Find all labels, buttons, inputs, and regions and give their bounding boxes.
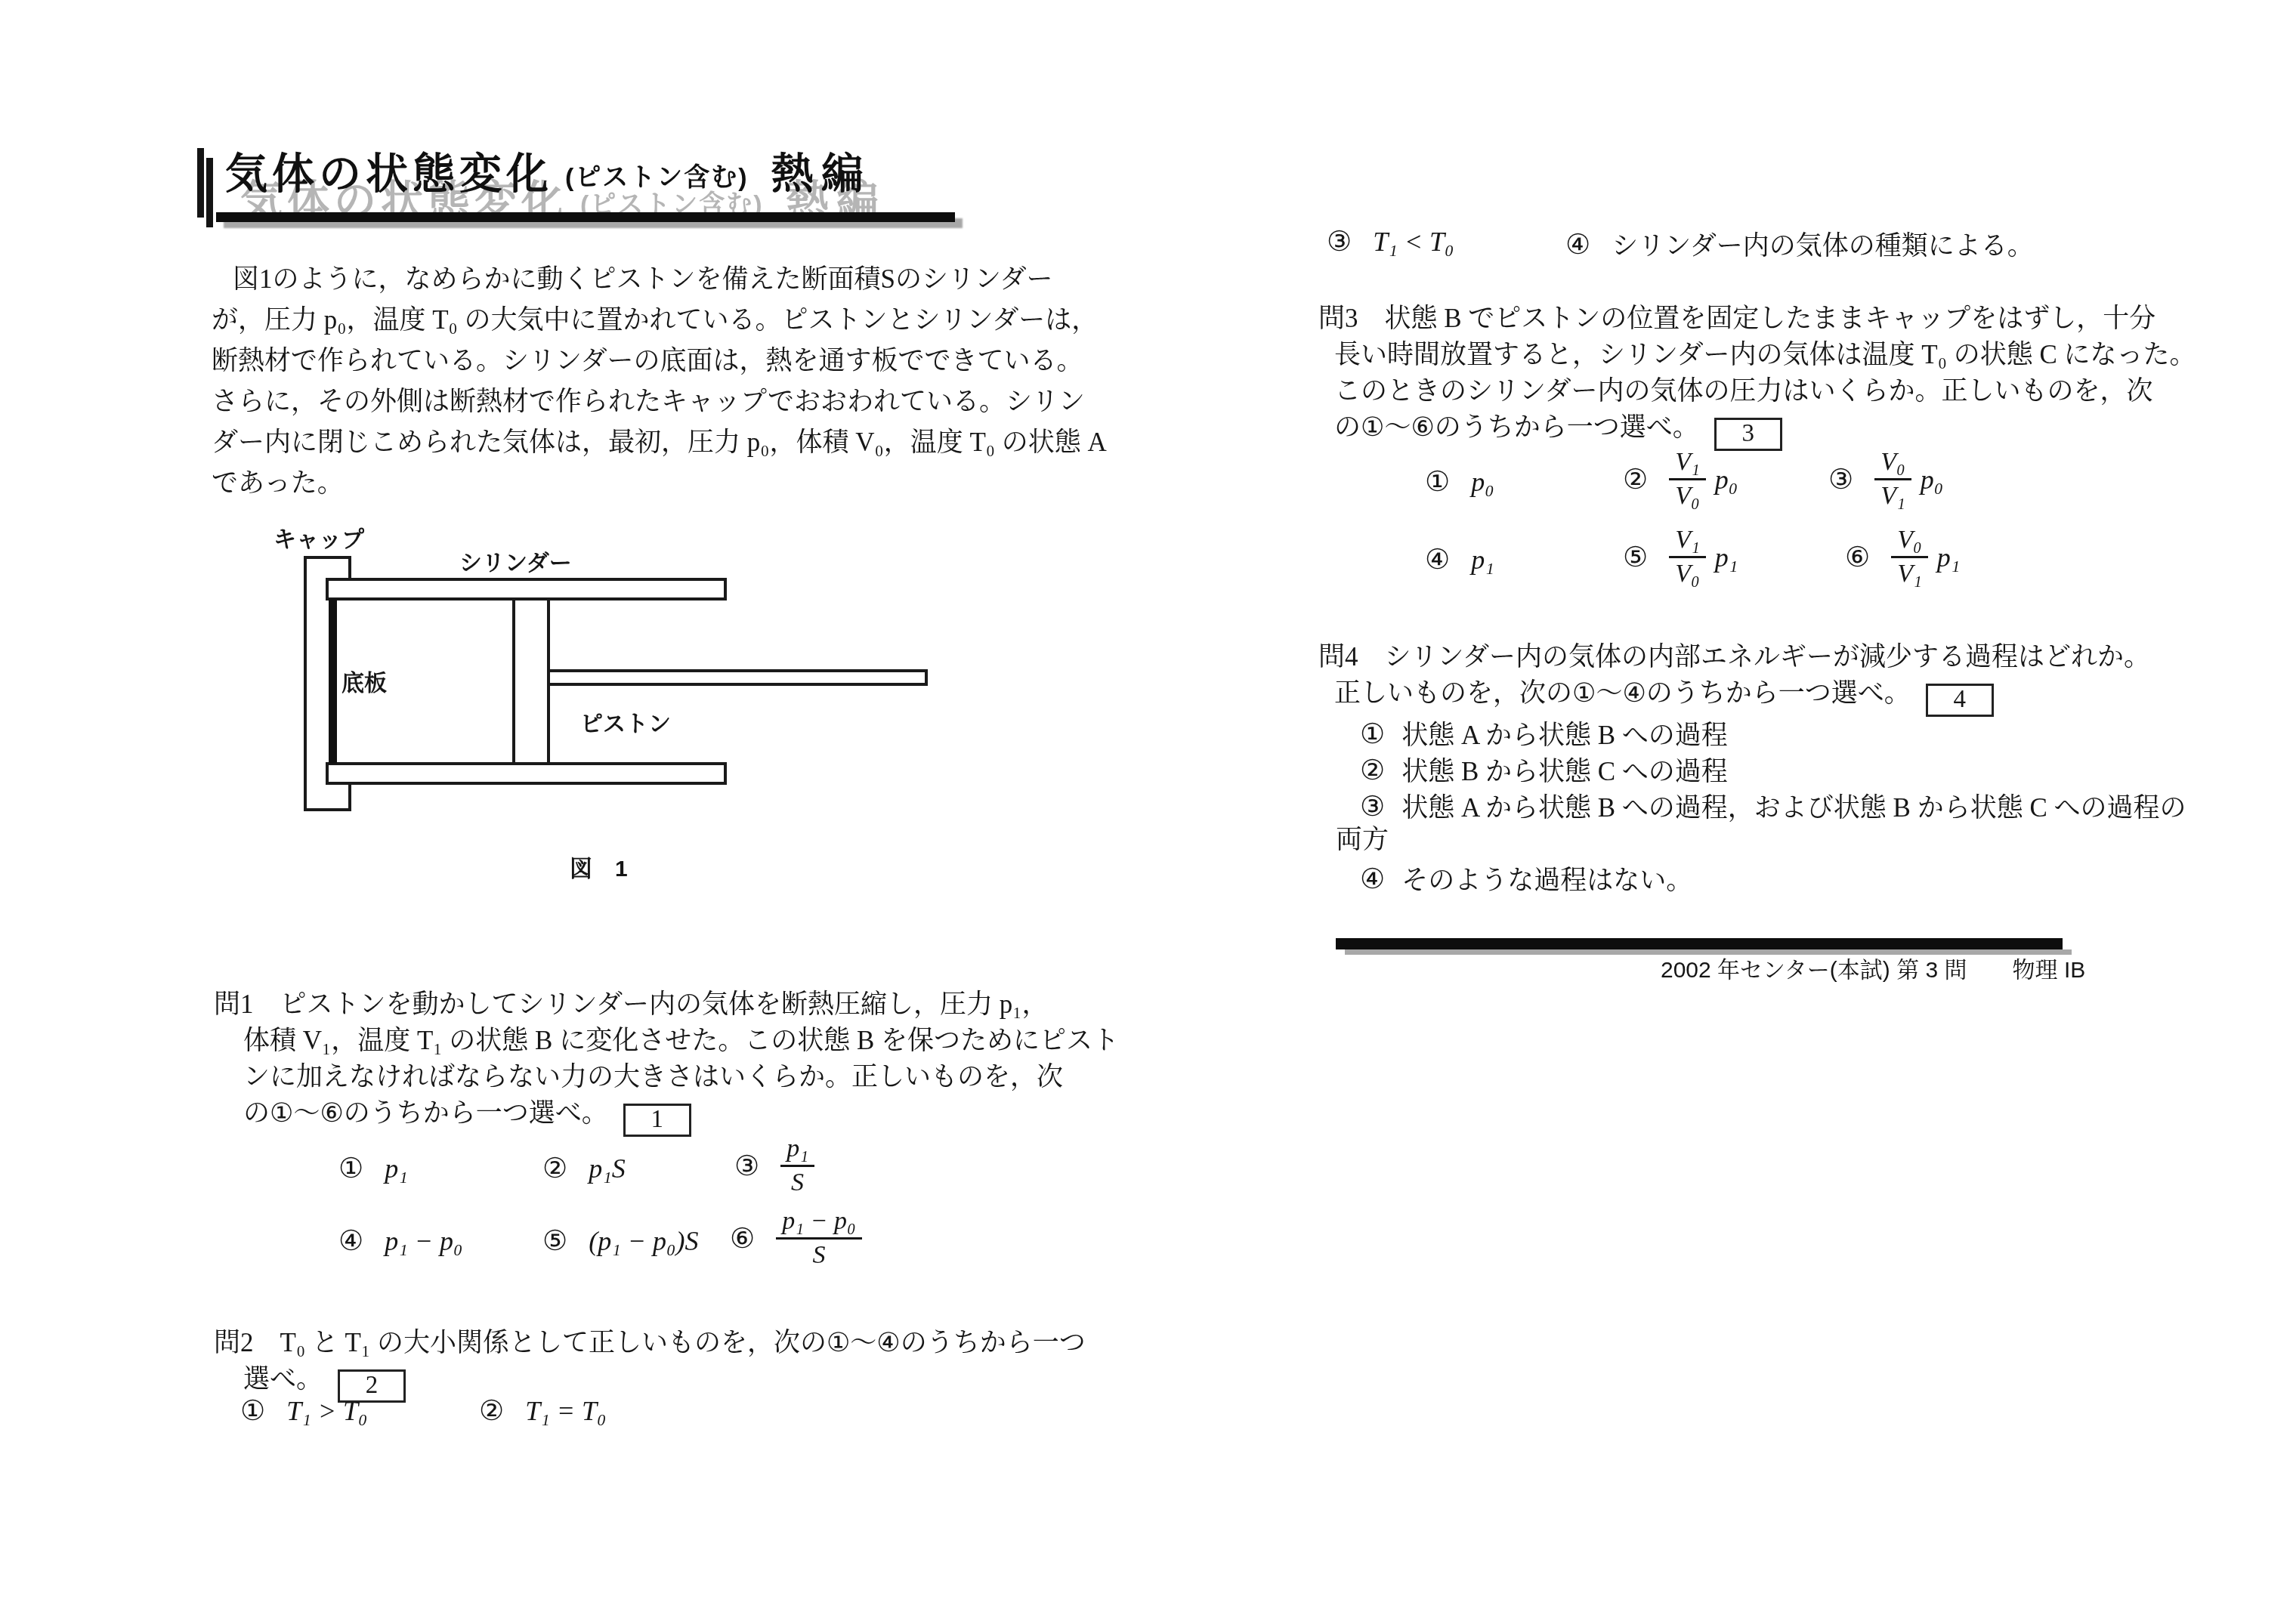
q4-line-1: 問4 シリンダー内の気体の内部エネルギーが減少する過程はどれか。 <box>1334 639 2241 675</box>
question-4: 問4 シリンダー内の気体の内部エネルギーが減少する過程はどれか。 正しいものを，… <box>1334 639 2241 717</box>
option-value: T₁ < T₀ <box>1373 226 1454 258</box>
intro-line: ダー内に閉じこめられた気体は，最初，圧力 p₀，体積 V₀，温度 T₀ の状態 … <box>212 422 1103 463</box>
intro-line: が，圧力 p₀，温度 T₀ の大気中に置かれている。ピストンとシリンダーは， <box>212 300 1103 341</box>
q4-line-2: 正しいものを，次の①～④のうちから一つ選べ。4 <box>1334 675 2241 717</box>
option-number: ② <box>479 1394 504 1427</box>
option-number: ④ <box>1565 228 1590 261</box>
q3-line-1: 問3 状態 B でピストンの位置を固定したままキャップをはずし，十分 <box>1334 301 2241 337</box>
option-number: ① <box>1360 718 1385 750</box>
q2-option-4: ④ シリンダー内の気体の種類による。 <box>1565 225 2034 263</box>
intro-line: さらに，その外側は断熱材で作られたキャップでおおわれている。シリン <box>212 381 1103 422</box>
bottom-plate <box>329 599 337 764</box>
option-number: ① <box>338 1152 363 1184</box>
fraction: p₁S <box>780 1135 814 1197</box>
q1-option-3: ③ p₁S <box>734 1135 814 1197</box>
option-value: p₁ − p₀ <box>385 1225 462 1257</box>
q2-line-1: 問2 T₀ と T₁ の大小関係として正しいものを，次の①～④のうちから一つ <box>243 1325 1135 1361</box>
option-text: 状態 A から状態 B への過程，および状態 B から状態 C への過程の <box>1401 787 2186 825</box>
title-accent-bar-1 <box>197 148 204 218</box>
q1-option-1: ① p₁ <box>338 1152 408 1184</box>
option-number: ① <box>240 1394 265 1427</box>
option-text: 状態 B から状態 C への過程 <box>1401 751 1728 789</box>
option-number: ⑥ <box>1845 541 1870 573</box>
question-3: 問3 状態 B でピストンの位置を固定したままキャップをはずし，十分 長い時間放… <box>1334 301 2241 451</box>
q2-option-3: ③ T₁ < T₀ <box>1327 225 1454 258</box>
intro-line: 図1のように，なめらかに動くピストンを備えた断面積Sのシリンダー <box>212 259 1103 300</box>
answer-box-3: 3 <box>1714 418 1782 451</box>
q1-option-2: ② p₁S <box>542 1152 626 1184</box>
q3-line-3: このときのシリンダー内の気体の圧力はいくらか。正しいものを，次 <box>1334 373 2241 409</box>
q3-option-1: ① p₀ <box>1425 465 1494 498</box>
fraction: p₁ − p₀S <box>776 1207 862 1270</box>
q2-line-2: 選べ。2 <box>243 1361 1135 1403</box>
intro-line: 断熱材で作られている。シリンダーの底面は，熱を通す板でできている。 <box>212 341 1103 381</box>
option-number: ② <box>542 1152 567 1184</box>
title-subtitle: (ピストン含む) <box>565 162 749 196</box>
option-number: ③ <box>734 1150 759 1182</box>
option-text: そのような過程はない。 <box>1401 860 1692 897</box>
q3-option-6: ⑥ V₀V₁ p₁ <box>1845 526 1960 588</box>
option-number: ⑤ <box>542 1224 567 1257</box>
label-piston: ピストン <box>580 712 671 736</box>
footer-source: 2002 年センター(本試) 第 3 問 物理 IB <box>1661 951 2085 984</box>
q1-line-2: 体積 V₁，温度 T₁ の状態 B に変化させた。この状態 B を保つためにピス… <box>243 1023 1135 1059</box>
q4-option-3-wrap: 両方 <box>1336 822 1389 858</box>
piston-rod <box>549 671 926 684</box>
page-title: 気体の状態変化 <box>225 151 553 196</box>
option-number: ② <box>1360 754 1385 786</box>
q4-option-1: ① 状態 A から状態 B への過程 <box>1360 715 1728 752</box>
option-number: ④ <box>1425 543 1450 576</box>
answer-box-4: 4 <box>1926 684 1994 717</box>
q3-option-3: ③ V₀V₁ p₀ <box>1828 448 1943 511</box>
option-number: ④ <box>1360 863 1385 895</box>
q3-option-5: ⑤ V₁V₀ p₁ <box>1623 526 1738 588</box>
intro-line: であった。 <box>212 463 1103 504</box>
fraction: V₀V₁ <box>1891 526 1928 588</box>
label-cap: キャップ <box>273 527 365 552</box>
q1-line-4: の①～⑥のうちから一つ選べ。1 <box>243 1095 1135 1137</box>
q4-option-2: ② 状態 B から状態 C への過程 <box>1360 751 1728 789</box>
option-value: p₁S <box>589 1153 626 1184</box>
option-number: ③ <box>1327 225 1352 258</box>
q1-option-5: ⑤ (p₁ − p₀)S <box>542 1224 698 1257</box>
label-bottom-plate: 底板 <box>341 670 387 696</box>
option-value: シリンダー内の気体の種類による。 <box>1612 225 2034 263</box>
option-number: ③ <box>1360 790 1385 823</box>
question-1: 問1 ピストンを動かしてシリンダー内の気体を断熱圧縮し，圧力 p₁， 体積 V₁… <box>243 986 1135 1137</box>
option-value: (p₁ − p₀)S <box>589 1225 698 1257</box>
q3-option-2: ② V₁V₀ p₀ <box>1623 448 1738 511</box>
fraction-coefficient: p₀ <box>1921 464 1944 496</box>
title-volume-label: 熱編 <box>771 151 871 196</box>
title-accent-bar-2 <box>206 158 213 227</box>
q1-option-4: ④ p₁ − p₀ <box>338 1224 463 1257</box>
question-2: 問2 T₀ と T₁ の大小関係として正しいものを，次の①～④のうちから一つ 選… <box>243 1325 1135 1403</box>
option-number: ⑥ <box>730 1222 755 1255</box>
footer-rule <box>1336 938 2063 949</box>
option-number: ③ <box>1828 463 1853 496</box>
q4-option-4: ④ そのような過程はない。 <box>1360 860 1692 897</box>
q3-option-4: ④ p₁ <box>1425 543 1494 576</box>
label-cylinder: シリンダー <box>459 551 572 576</box>
option-value: p₁ <box>1471 544 1494 576</box>
option-number: ⑤ <box>1623 541 1648 573</box>
cylinder-bottom-wall <box>327 764 725 783</box>
q1-option-6: ⑥ p₁ − p₀S <box>730 1207 862 1270</box>
q1-line-1: 問1 ピストンを動かしてシリンダー内の気体を断熱圧縮し，圧力 p₁， <box>243 986 1135 1023</box>
option-number: ① <box>1425 465 1450 498</box>
fraction: V₁V₀ <box>1669 526 1706 588</box>
q3-line-4: の①～⑥のうちから一つ選べ。3 <box>1334 409 2241 451</box>
option-value: T₁ > T₀ <box>286 1395 367 1427</box>
title-underline <box>216 212 955 222</box>
cylinder-figure: キャップ シリンダー 底板 ピストン 図 1 <box>257 521 937 899</box>
fraction: V₀V₁ <box>1874 448 1911 511</box>
fraction-coefficient: p₀ <box>1715 464 1738 496</box>
q1-line-3: ンに加えなければならない力の大きさはいくらか。正しいものを，次 <box>243 1059 1135 1095</box>
piston-rect <box>514 599 549 764</box>
q3-line-2: 長い時間放置すると，シリンダー内の気体は温度 T₀ の状態 C になった。 <box>1334 337 2241 373</box>
figure-caption: 図 1 <box>570 857 628 881</box>
fraction-coefficient: p₁ <box>1715 542 1738 573</box>
option-value: T₁ = T₀ <box>525 1395 606 1427</box>
intro-paragraph: 図1のように，なめらかに動くピストンを備えた断面積Sのシリンダー が，圧力 p₀… <box>212 259 1103 504</box>
option-value: p₁ <box>385 1153 408 1184</box>
q2-option-1: ① T₁ > T₀ <box>240 1394 368 1427</box>
option-number: ④ <box>338 1224 363 1257</box>
q2-option-2: ② T₁ = T₀ <box>479 1394 607 1427</box>
title-main-text: 気体の状態変化 (ピストン含む) 熱編 <box>225 151 871 196</box>
answer-box-1: 1 <box>623 1104 691 1137</box>
fraction-coefficient: p₁ <box>1937 542 1961 573</box>
q4-option-3: ③ 状態 A から状態 B への過程，および状態 B から状態 C への過程の <box>1360 787 2186 825</box>
option-value: p₀ <box>1471 466 1494 498</box>
option-number: ② <box>1623 463 1648 496</box>
option-text: 状態 A から状態 B への過程 <box>1401 715 1728 752</box>
cylinder-top-wall <box>327 579 725 599</box>
fraction: V₁V₀ <box>1669 448 1706 511</box>
